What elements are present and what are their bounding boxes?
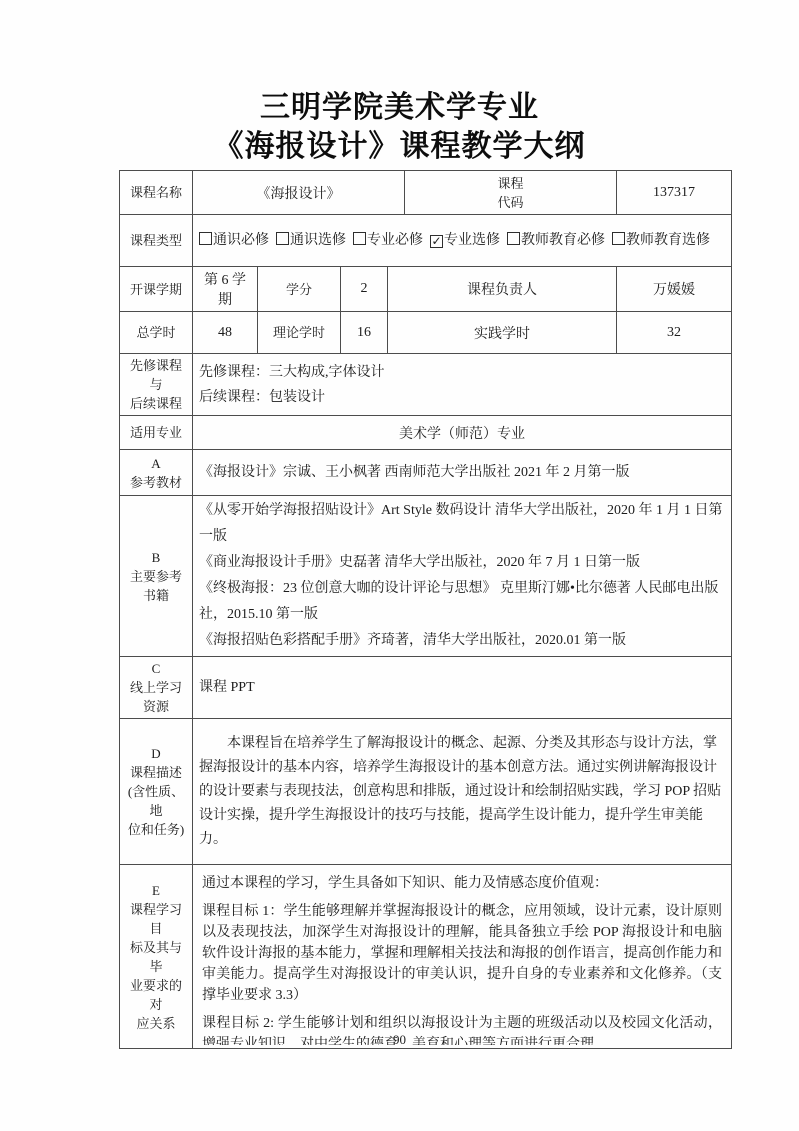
- doc-title-line1: 三明学院美术学专业: [0, 88, 799, 127]
- practice-hours-label: 实践学时: [388, 312, 617, 354]
- textbook-label: A 参考教材: [120, 450, 193, 496]
- row-course-description: D 课程描述 (含性质、地 位和任务) 本课程旨在培养学生了解海报设计的概念、起…: [120, 719, 732, 865]
- objectives-label: E 课程学习目 标及其与毕 业要求的对 应关系: [120, 865, 193, 1049]
- prerequisites-label: 先修课程与 后续课程: [120, 354, 193, 416]
- course-type-options: 通识必修通识选修专业必修✓专业选修教师教育必修教师教育选修: [193, 215, 732, 267]
- row-online-resources: C 线上学习 资源 课程 PPT: [120, 657, 732, 719]
- row-applicable-major: 适用专业 美术学（师范）专业: [120, 416, 732, 450]
- checkbox-option-label: 专业选修: [444, 233, 500, 248]
- theory-hours-value: 16: [341, 312, 388, 354]
- course-leader-label: 课程负责人: [388, 267, 617, 312]
- checkbox-checked-icon: ✓: [430, 235, 443, 248]
- checkbox-option-label: 通识必修: [213, 233, 269, 248]
- online-resources-value: 课程 PPT: [193, 657, 732, 719]
- checkbox-option[interactable]: 专业必修: [353, 233, 423, 248]
- course-name-value: 《海报设计》: [193, 171, 405, 215]
- checkbox-icon: [276, 232, 289, 245]
- online-resources-label: C 线上学习 资源: [120, 657, 193, 719]
- checkbox-icon: [199, 232, 212, 245]
- prerequisites-value: 先修课程：三大构成,字体设计 后续课程：包装设计: [193, 354, 732, 416]
- checkbox-option[interactable]: 通识选修: [276, 233, 346, 248]
- course-name-label: 课程名称: [120, 171, 193, 215]
- course-description-value: 本课程旨在培养学生了解海报设计的概念、起源、分类及其形态与设计方法，掌握海报设计…: [193, 719, 732, 865]
- total-hours-label: 总学时: [120, 312, 193, 354]
- credits-value: 2: [341, 267, 388, 312]
- course-code-value: 137317: [617, 171, 732, 215]
- course-description-label: D 课程描述 (含性质、地 位和任务): [120, 719, 193, 865]
- textbook-value: 《海报设计》宗诚、王小枫著 西南师范大学出版社 2021 年 2 月第一版: [193, 450, 732, 496]
- checkbox-option[interactable]: 通识必修: [199, 233, 269, 248]
- row-course-name: 课程名称 《海报设计》 课程 代码 137317: [120, 171, 732, 215]
- applicable-major-label: 适用专业: [120, 416, 193, 450]
- course-type-label: 课程类型: [120, 215, 193, 267]
- document-page: 三明学院美术学专业 《海报设计》课程教学大纲 课程名称 《海报设计》 课程 代码…: [0, 0, 799, 1131]
- checkbox-icon: [612, 232, 625, 245]
- objective-paragraph: 通过本课程的学习，学生具备如下知识、能力及情感态度价值观：: [202, 873, 722, 894]
- applicable-major-value: 美术学（师范）专业: [193, 416, 732, 450]
- row-textbook: A 参考教材 《海报设计》宗诚、王小枫著 西南师范大学出版社 2021 年 2 …: [120, 450, 732, 496]
- row-objectives: E 课程学习目 标及其与毕 业要求的对 应关系 通过本课程的学习，学生具备如下知…: [120, 865, 732, 1049]
- row-course-type: 课程类型 通识必修通识选修专业必修✓专业选修教师教育必修教师教育选修: [120, 215, 732, 267]
- course-code-label: 课程 代码: [405, 171, 617, 215]
- semester-label: 开课学期: [120, 267, 193, 312]
- page-number: 90: [0, 1032, 799, 1048]
- credits-label: 学分: [258, 267, 341, 312]
- objective-paragraph: 课程目标 1：学生能够理解并掌握海报设计的概念，应用领域，设计元素，设计原则以及…: [202, 901, 722, 1006]
- total-hours-value: 48: [193, 312, 258, 354]
- row-semester: 开课学期 第 6 学期 学分 2 课程负责人 万媛媛: [120, 267, 732, 312]
- book-item: 《从零开始学海报招贴设计》Art Style 数码设计 清华大学出版社，2020…: [199, 498, 725, 550]
- row-hours: 总学时 48 理论学时 16 实践学时 32: [120, 312, 732, 354]
- row-references: B 主要参考 书籍 《从零开始学海报招贴设计》Art Style 数码设计 清华…: [120, 496, 732, 657]
- checkbox-icon: [507, 232, 520, 245]
- document-title: 三明学院美术学专业 《海报设计》课程教学大纲: [0, 88, 799, 166]
- semester-value: 第 6 学期: [193, 267, 258, 312]
- objectives-paragraphs: 通过本课程的学习，学生具备如下知识、能力及情感态度价值观：课程目标 1：学生能够…: [199, 869, 725, 1045]
- checkbox-icon: [353, 232, 366, 245]
- syllabus-table: 课程名称 《海报设计》 课程 代码 137317 课程类型 通识必修通识选修专业…: [119, 170, 732, 1049]
- checkbox-option[interactable]: ✓专业选修: [430, 233, 500, 248]
- book-item: 《终极海报：23 位创意大咖的设计评论与思想》 克里斯汀娜•比尔德著 人民邮电出…: [199, 576, 725, 628]
- theory-hours-label: 理论学时: [258, 312, 341, 354]
- checkbox-option[interactable]: 教师教育选修: [612, 233, 710, 248]
- book-item: 《商业海报设计手册》史磊著 清华大学出版社，2020 年 7 月 1 日第一版: [199, 550, 725, 576]
- checkbox-option-label: 通识选修: [290, 233, 346, 248]
- doc-title-line2: 《海报设计》课程教学大纲: [0, 127, 799, 166]
- course-leader-value: 万媛媛: [617, 267, 732, 312]
- checkbox-option-label: 教师教育必修: [521, 233, 605, 248]
- checkbox-option[interactable]: 教师教育必修: [507, 233, 605, 248]
- reference-books-list: 《从零开始学海报招贴设计》Art Style 数码设计 清华大学出版社，2020…: [193, 496, 732, 657]
- objectives-cell: 通过本课程的学习，学生具备如下知识、能力及情感态度价值观：课程目标 1：学生能够…: [193, 865, 732, 1049]
- practice-hours-value: 32: [617, 312, 732, 354]
- checkbox-option-label: 专业必修: [367, 233, 423, 248]
- book-item: 《海报招贴色彩搭配手册》齐琦著，清华大学出版社，2020.01 第一版: [199, 628, 725, 654]
- checkbox-option-label: 教师教育选修: [626, 233, 710, 248]
- references-label: B 主要参考 书籍: [120, 496, 193, 657]
- row-prerequisites: 先修课程与 后续课程 先修课程：三大构成,字体设计 后续课程：包装设计: [120, 354, 732, 416]
